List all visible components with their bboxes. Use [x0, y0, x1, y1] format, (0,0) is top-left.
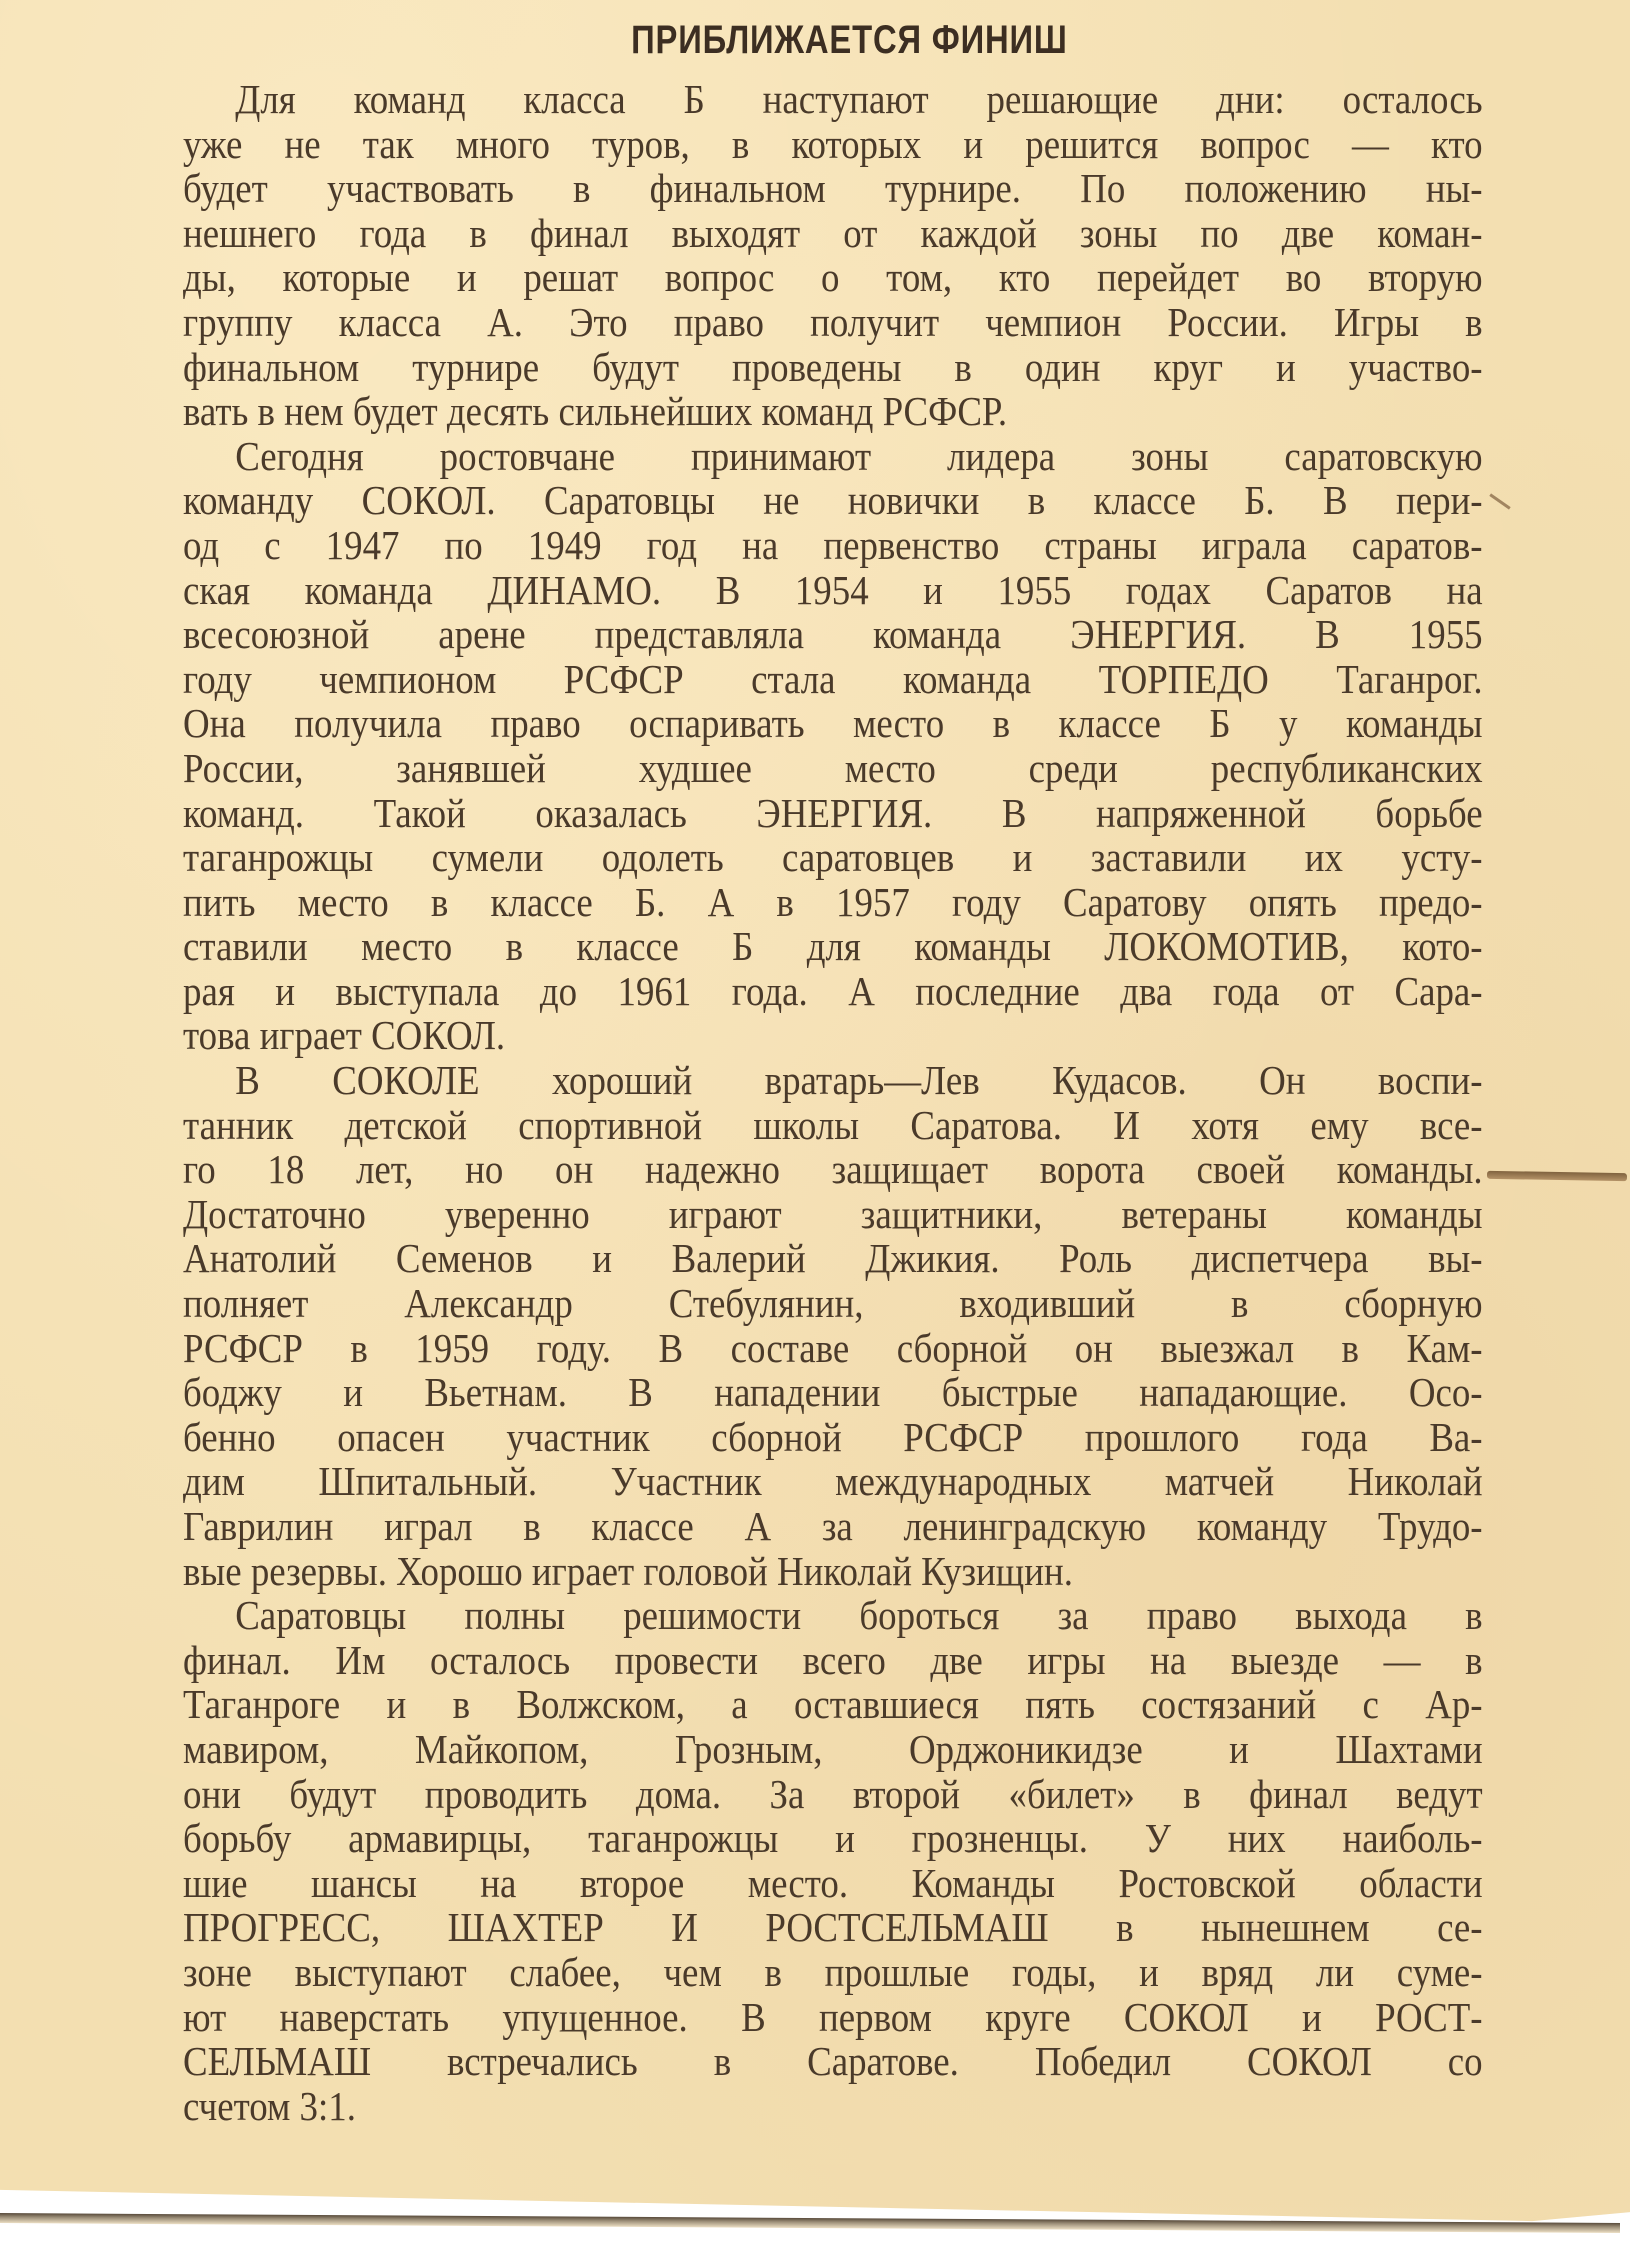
text-line: финальном турнире будут проведены в один… [183, 345, 1483, 390]
text-line: уже не так много туров, в которых и реши… [183, 122, 1483, 167]
text-line: зоне выступают слабее, чем в прошлые год… [183, 1950, 1483, 1995]
text-line: вые резервы. Хорошо играет головой Никол… [183, 1549, 1483, 1594]
text-line: това играет СОКОЛ. [183, 1013, 1483, 1058]
text-line: счетом 3:1. [183, 2084, 1483, 2129]
text-line: России, занявшей худшее место среди респ… [183, 746, 1483, 791]
text-line: Для команд класса Б наступают решающие д… [183, 77, 1483, 122]
text-line: нешнего года в финал выходят от каждой з… [183, 211, 1483, 256]
text-line: полняет Александр Стебулянин, входивший … [183, 1281, 1483, 1326]
text-line: будет участвовать в финальном турнире. П… [183, 166, 1483, 211]
text-line: финал. Им осталось провести всего две иг… [183, 1638, 1483, 1683]
text-line: Гаврилин играл в классе А за ленинградск… [183, 1504, 1483, 1549]
text-line: Сегодня ростовчане принимают лидера зоны… [183, 434, 1483, 479]
text-line: году чемпионом РСФСР стала команда ТОРПЕ… [183, 657, 1483, 702]
text-line: СЕЛЬМАШ встречались в Саратове. Победил … [183, 2039, 1483, 2084]
text-line: Анатолий Семенов и Валерий Джикия. Роль … [183, 1236, 1483, 1281]
text-line: вать в нем будет десять сильнейших коман… [183, 389, 1483, 434]
text-line: ская команда ДИНАМО. В 1954 и 1955 годах… [183, 568, 1483, 613]
text-line: ды, которые и решат вопрос о том, кто пе… [183, 255, 1483, 300]
text-line: Достаточно уверенно играют защитники, ве… [183, 1192, 1483, 1237]
text-line: Саратовцы полны решимости бороться за пр… [183, 1593, 1483, 1638]
text-line: танник детской спортивной школы Саратова… [183, 1103, 1483, 1148]
text-line: боджу и Вьетнам. В нападении быстрые нап… [183, 1370, 1483, 1415]
text-line: Таганроге и в Волжском, а оставшиеся пят… [183, 1682, 1483, 1727]
text-line: шие шансы на второе место. Команды Росто… [183, 1861, 1483, 1906]
article: ПРИБЛИЖАЕТСЯ ФИНИШ Для команд класса Б н… [183, 18, 1483, 2128]
paragraph-1: Для команд класса Б наступают решающие д… [183, 77, 1483, 434]
text-line: го 18 лет, но он надежно защищает ворота… [183, 1147, 1483, 1192]
paragraph-4: Саратовцы полны решимости бороться за пр… [183, 1593, 1483, 2128]
text-line: всесоюзной арене представляла команда ЭН… [183, 612, 1483, 657]
text-line: рая и выступала до 1961 года. А последни… [183, 969, 1483, 1014]
text-line: команд. Такой оказалась ЭНЕРГИЯ. В напря… [183, 791, 1483, 836]
text-line: пить место в классе Б. А в 1957 году Сар… [183, 880, 1483, 925]
text-line: ПРОГРЕСС, ШАХТЕР И РОСТСЕЛЬМАШ в нынешне… [183, 1905, 1483, 1950]
text-line: ставили место в классе Б для команды ЛОК… [183, 924, 1483, 969]
article-title: ПРИБЛИЖАЕТСЯ ФИНИШ [300, 18, 1366, 63]
text-line: они будут проводить дома. За второй «бил… [183, 1772, 1483, 1817]
text-line: группу класса А. Это право получит чемпи… [183, 300, 1483, 345]
text-line: команду СОКОЛ. Саратовцы не новички в кл… [183, 478, 1483, 523]
paragraph-3: В СОКОЛЕ хороший вратарь—Лев Кудасов. Он… [183, 1058, 1483, 1593]
text-line: борьбу армавирцы, таганрожцы и грозненцы… [183, 1816, 1483, 1861]
paragraph-2: Сегодня ростовчане принимают лидера зоны… [183, 434, 1483, 1058]
text-line: Она получила право оспаривать место в кл… [183, 701, 1483, 746]
text-line: ют наверстать упущенное. В первом круге … [183, 1995, 1483, 2040]
text-line: РСФСР в 1959 году. В составе сборной он … [183, 1326, 1483, 1371]
text-line: мавиром, Майкопом, Грозным, Орджоникидзе… [183, 1727, 1483, 1772]
text-line: од с 1947 по 1949 год на первенство стра… [183, 523, 1483, 568]
text-line: таганрожцы сумели одолеть саратовцев и з… [183, 835, 1483, 880]
text-line: дим Шпитальный. Участник международных м… [183, 1459, 1483, 1504]
text-line: бенно опасен участник сборной РСФСР прош… [183, 1415, 1483, 1460]
text-line: В СОКОЛЕ хороший вратарь—Лев Кудасов. Он… [183, 1058, 1483, 1103]
